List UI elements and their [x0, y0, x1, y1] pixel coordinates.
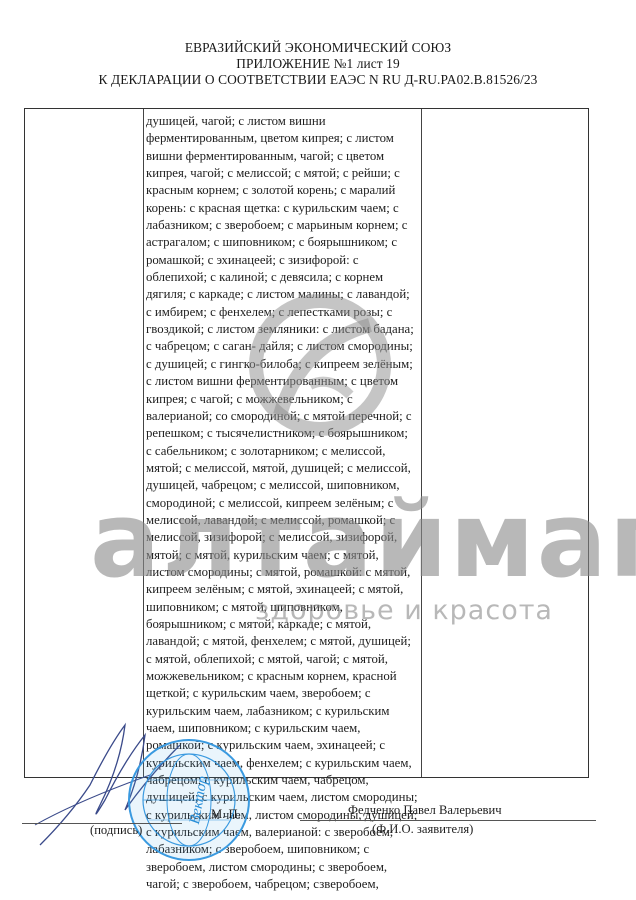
description-line: красным корнем; с золотой корень; с мара… — [146, 182, 421, 199]
description-line: чагой; с зверобоем, чабрецом; сзверобоем… — [146, 876, 421, 893]
description-line: душицей, чагой; с листом вишни — [146, 113, 421, 130]
description-line: кипрея, чагой; с мелиссой; с мятой; с ре… — [146, 165, 421, 182]
description-line: лавандой; с мятой, фенхелем; с мятой, ду… — [146, 633, 421, 650]
description-line: боярышником; с мятой, каркаде; с мятой, — [146, 616, 421, 633]
description-line: с душицей; с гингко-билоба; с кипреем зе… — [146, 356, 421, 373]
description-line: дягиля; с каркаде; с листом малины; с ла… — [146, 286, 421, 303]
description-line: листом смородины; с мятой, ромашкой: с м… — [146, 564, 421, 581]
description-line: душицей, чабрецом; с мелиссой, шиповнико… — [146, 477, 421, 494]
description-line: репешком; с тысячелистником; с боярышник… — [146, 425, 421, 442]
description-line: астрагалом; с шиповником; с боярышником;… — [146, 234, 421, 251]
description-line: с имбирем; с фенхелем; с лепестками розы… — [146, 304, 421, 321]
description-line: шиповником; с мятой, шиповником, — [146, 599, 421, 616]
description-line: валерианой; со смородиной; с мятой переч… — [146, 408, 421, 425]
description-line: с листом вишни ферментированным; с цвето… — [146, 373, 421, 390]
description-line: ромашкой; с эхинацеей; с зизифорой: с — [146, 252, 421, 269]
description-line: мелиссой, лавандой; с мелиссой, ромашкой… — [146, 512, 421, 529]
description-line: с сабельником; с золотарником; с мелиссо… — [146, 443, 421, 460]
description-line: с мятой, облепихой; с мятой, чагой; с мя… — [146, 651, 421, 668]
description-line: мелиссой, зизифорой; с мелиссой, зизифор… — [146, 529, 421, 546]
description-line: щеткой; с курильским чаем, зверобоем; с — [146, 685, 421, 702]
column-divider — [421, 109, 422, 777]
applicant-name-line — [300, 820, 596, 821]
description-line: корень: с красная щетка: с курильским ча… — [146, 200, 421, 217]
description-line: вишни ферментированным, чагой; с цветом — [146, 148, 421, 165]
description-line: кипреем зелёным; с мятой, эхинацеей; с м… — [146, 581, 421, 598]
description-line: лабазником; с зверобоем; с марьиным корн… — [146, 217, 421, 234]
signature-caption: (подпись) — [90, 823, 142, 838]
union-title: ЕВРАЗИЙСКИЙ ЭКОНОМИЧЕСКИЙ СОЮЗ — [0, 40, 636, 56]
column-divider — [143, 109, 144, 777]
description-line: мятой; с мятой, курильским чаем; с мятой… — [146, 547, 421, 564]
document-header: ЕВРАЗИЙСКИЙ ЭКОНОМИЧЕСКИЙ СОЮЗ ПРИЛОЖЕНИ… — [0, 40, 636, 88]
declaration-reference: К ДЕКЛАРАЦИИ О СООТВЕТСТВИИ ЕАЭС N RU Д-… — [0, 72, 636, 88]
company-stamp-icon: Вектор — [124, 735, 254, 865]
description-line: с чабрецом; с саган- дайля; с листом смо… — [146, 338, 421, 355]
applicant-caption: (Ф.И.О. заявителя) — [372, 822, 473, 837]
description-line: облепихой; с калиной; с девясила; с корн… — [146, 269, 421, 286]
appendix-title: ПРИЛОЖЕНИЕ №1 лист 19 — [0, 56, 636, 72]
description-line: смородиной; с мелиссой, кипреем зелёным;… — [146, 495, 421, 512]
description-line: гвоздикой; с листом земляники: с листом … — [146, 321, 421, 338]
description-line: мятой; с мелиссой, мятой, душицей; с мел… — [146, 460, 421, 477]
description-line: кипрея; с чагой; с можжевельником; с — [146, 391, 421, 408]
product-table: душицей, чагой; с листом вишниферментиро… — [24, 108, 589, 778]
seal-label: М. П. — [211, 807, 241, 822]
applicant-name: Федченко Павел Валерьевич — [348, 803, 502, 818]
description-line: ферментированным, цветом кипрея; с листо… — [146, 130, 421, 147]
description-line: можжевельником; с красным корнем, красно… — [146, 668, 421, 685]
